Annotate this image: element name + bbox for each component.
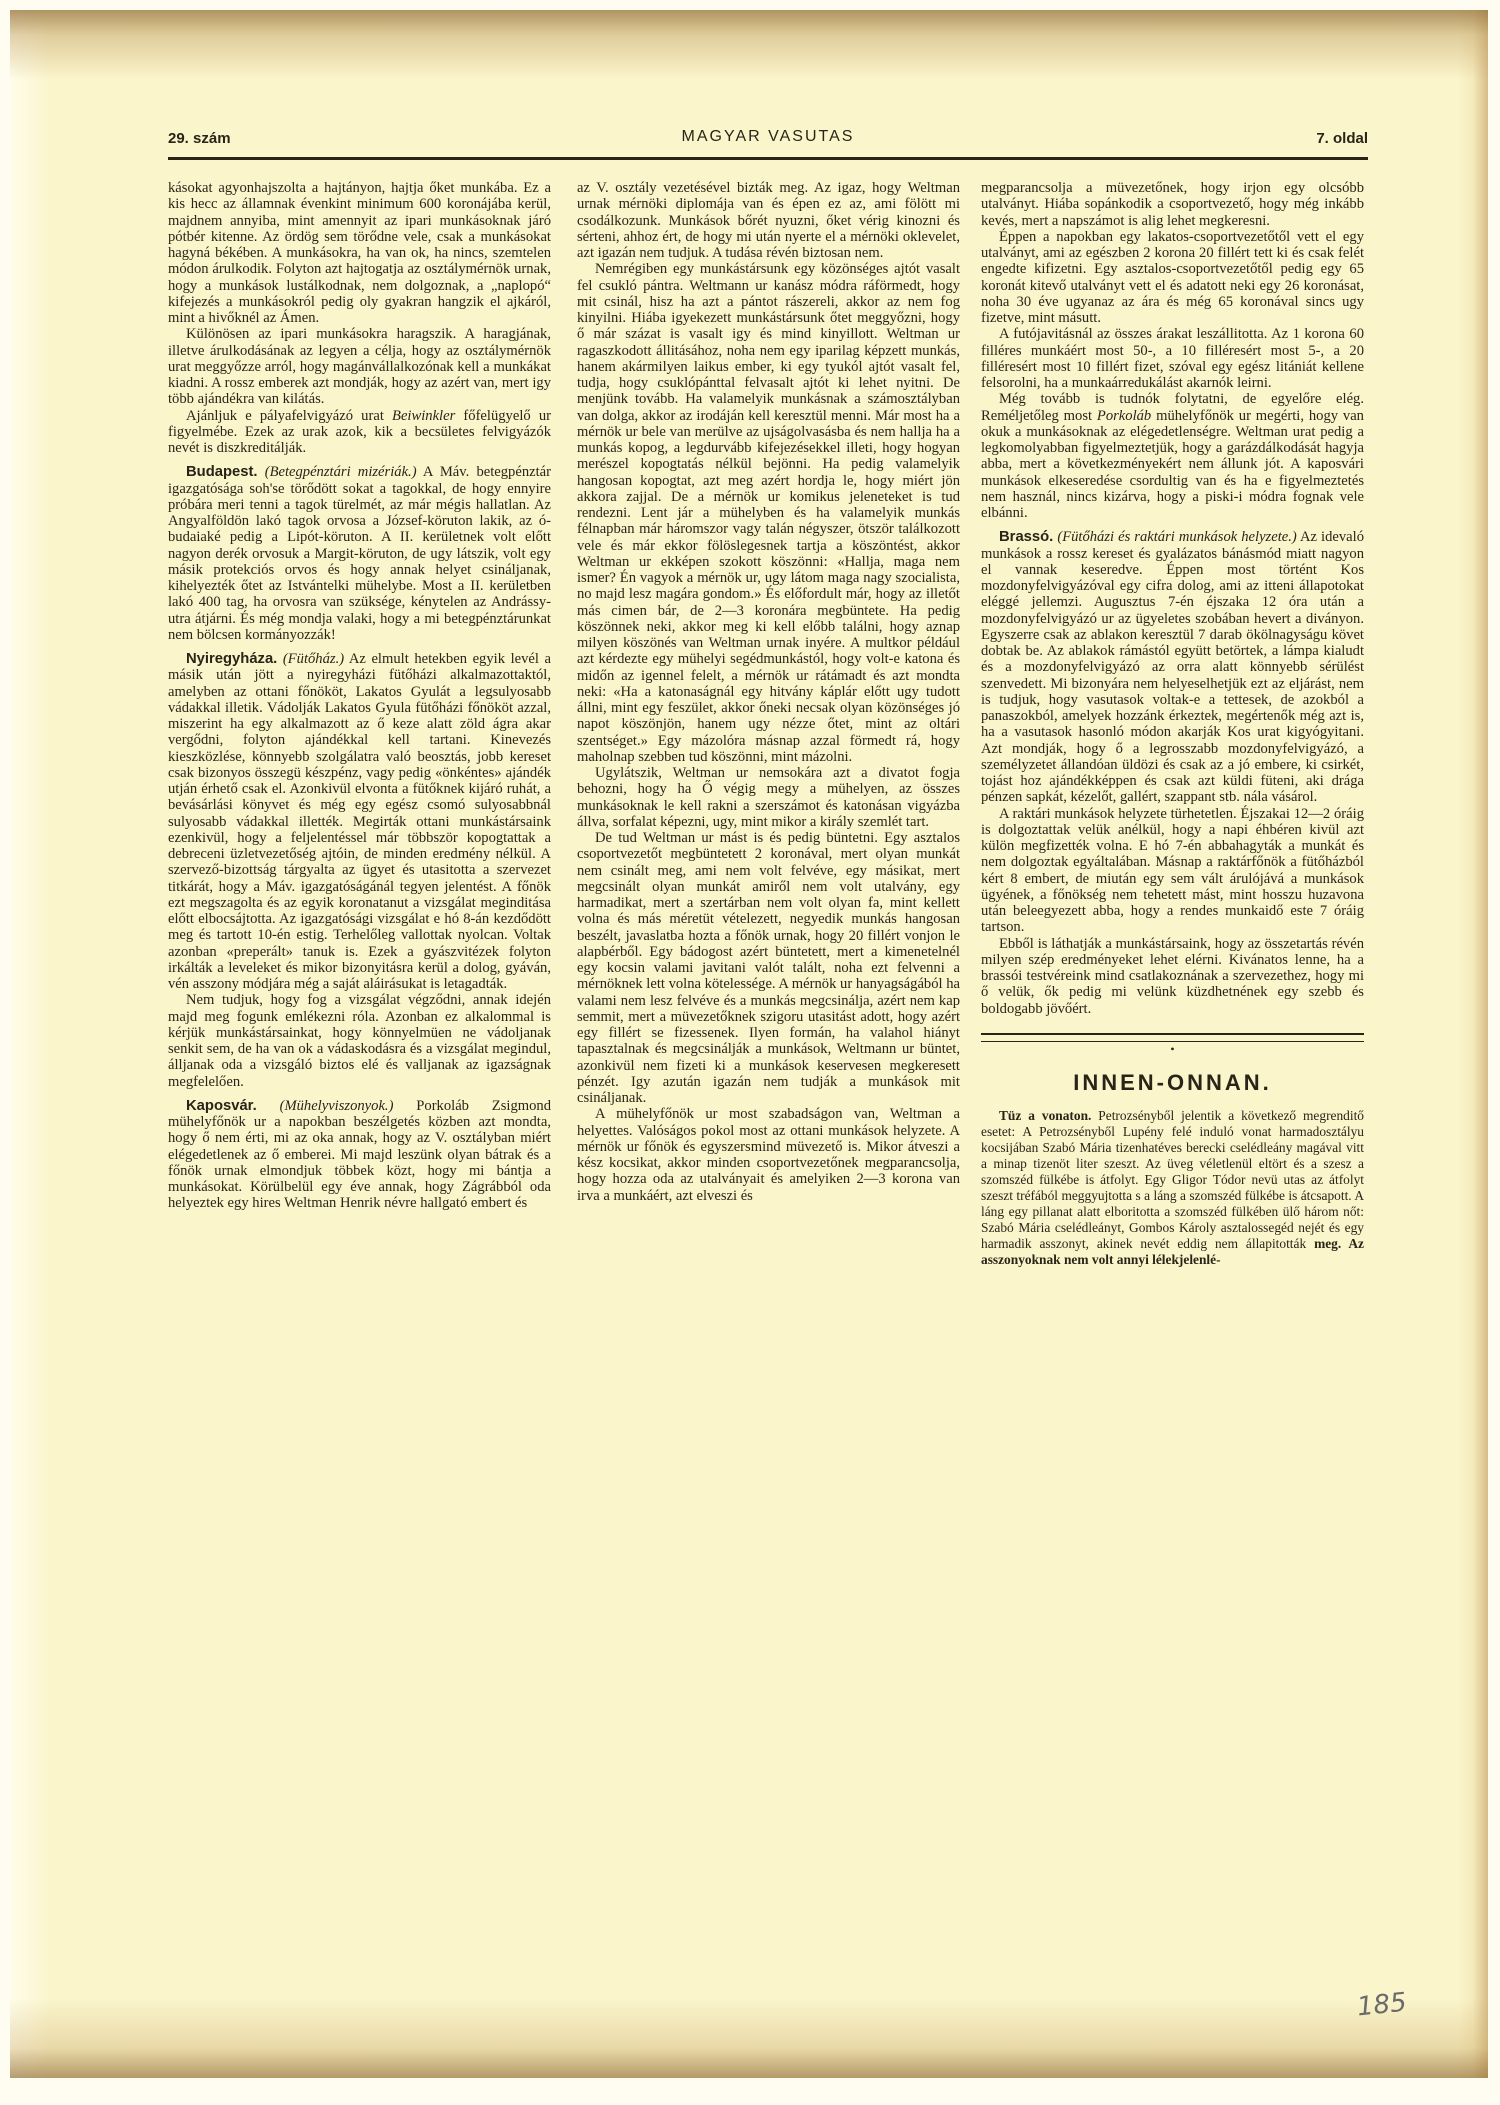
divider-dot: • [981, 1044, 1364, 1054]
news-items: Tüz a vonaton. Petrozsényből jelentik a … [981, 1108, 1364, 1268]
column-1: kásokat agyonhajszolta a hajtányon, hajt… [168, 180, 551, 1212]
article-paragraph: Nemrégiben egy munkástársunk egy közönsé… [577, 261, 960, 765]
article-subtitle: (Fütőház.) [283, 651, 344, 667]
article-kaposvr: Kaposvár. (Mühelyviszonyok.) Porkoláb Zs… [168, 1098, 551, 1212]
article-paragraph: Nem tudjuk, hogy fog a vizsgálat végződn… [168, 992, 551, 1090]
article-place-heading: Budapest. [186, 464, 258, 480]
section-divider [981, 1033, 1364, 1042]
newspaper-title: MAGYAR VASUTAS [168, 128, 1368, 146]
article-subtitle: (Fütőházi és raktári munkások helyzete.) [1057, 529, 1296, 545]
article-place-heading: Nyiregyháza. [186, 651, 277, 667]
article-nyiregyhza: Nyiregyháza. (Fütőház.) Az elmult hetekb… [168, 651, 551, 992]
article-place-heading: Brassó. [999, 529, 1053, 545]
news-item-continued: meg. Az asszonyoknak nem volt annyi léle… [981, 1236, 1364, 1267]
article-place-heading: Kaposvár. [186, 1098, 257, 1114]
section-title-innen-onnan: INNEN-ONNAN. [981, 1070, 1364, 1096]
article-paragraph: az V. osztály vezetésével bizták meg. Az… [577, 180, 960, 261]
column-2: az V. osztály vezetésével bizták meg. Az… [577, 180, 960, 1204]
header-rule [168, 157, 1368, 160]
running-head: 29. szám MAGYAR VASUTAS 7. oldal [168, 128, 1368, 152]
news-item-lead: Tüz a vonaton. [999, 1108, 1091, 1123]
article-budapest: Budapest. (Betegpénztári mizériák.) A Má… [168, 464, 551, 643]
handwritten-page-annotation: 185 [1356, 1987, 1409, 2022]
column-3: megparancsolja a müvezetőnek, hogy irjon… [981, 180, 1364, 1268]
article-paragraph: Ebből is láthatják a munkástársaink, hog… [981, 936, 1364, 1017]
emphasized-name: Porkoláb [1097, 408, 1151, 424]
article-brass: Brassó. (Fütőházi és raktári munkások he… [981, 529, 1364, 805]
article-subtitle: (Betegpénztári mizériák.) [265, 464, 417, 480]
article-paragraph: Ugylátszik, Weltman ur nemsokára azt a d… [577, 765, 960, 830]
article-paragraph: Éppen a napokban egy lakatos-csoportveze… [981, 229, 1364, 327]
article-paragraph: Ajánljuk e pályafelvigyázó urat Beiwinkl… [168, 408, 551, 457]
column-3-articles: megparancsolja a müvezetőnek, hogy irjon… [981, 180, 1364, 1017]
emphasized-name: Beiwinkler [392, 408, 455, 424]
article-paragraph: A futójavitásnál az összes árakat leszál… [981, 326, 1364, 391]
article-paragraph: megparancsolja a müvezetőnek, hogy irjon… [981, 180, 1364, 229]
article-paragraph: kásokat agyonhajszolta a hajtányon, hajt… [168, 180, 551, 326]
article-paragraph: De tud Weltman ur mást is és pedig bünte… [577, 830, 960, 1106]
article-paragraph: Még tovább is tudnók folytatni, de egyel… [981, 391, 1364, 521]
news-item: Tüz a vonaton. Petrozsényből jelentik a … [981, 1108, 1364, 1268]
article-paragraph: Különösen az ipari munkásokra haragszik.… [168, 326, 551, 407]
article-subtitle: (Mühelyviszonyok.) [280, 1098, 394, 1114]
article-paragraph: A raktári munkások helyzete türhetetlen.… [981, 806, 1364, 936]
page-number: 7. oldal [1316, 130, 1368, 147]
article-paragraph: A mühelyfőnök ur most szabadságon van, W… [577, 1106, 960, 1204]
